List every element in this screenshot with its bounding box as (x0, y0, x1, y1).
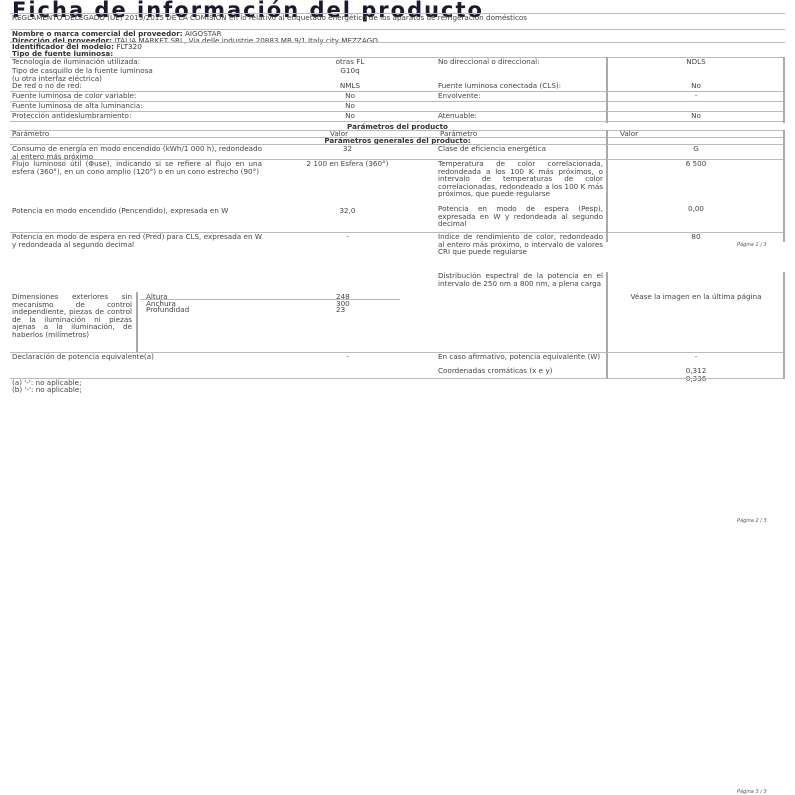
divider (10, 111, 785, 112)
light-source-label-right: Fuente luminosa conectada (CLS): (438, 82, 603, 90)
param-label: Consumo de energía en modo encendido (kW… (12, 145, 262, 160)
param-value-right: - (610, 353, 782, 361)
param-label: Declaración de potencia equivalente(a) (12, 353, 262, 361)
param-value: 2 100 en Esfera (360°) (300, 160, 395, 168)
light-source-label: Tipo de casquillo de la fuente luminosa … (12, 67, 262, 82)
param-value: - (300, 353, 395, 361)
column-divider (783, 272, 785, 379)
column-divider (783, 130, 785, 242)
dimension-value: 23 (336, 306, 345, 314)
light-source-value: No (300, 112, 400, 120)
divider (10, 101, 785, 102)
column-divider (606, 272, 608, 379)
param-value: - (300, 233, 395, 241)
light-source-label: Protección antideslumbramiento: (12, 112, 262, 120)
param-value: 32 (300, 145, 395, 153)
page-footer-2: Página 2 / 3 (737, 518, 767, 524)
light-source-value: G10q (300, 67, 400, 75)
supplier-address: ITALIA MARKET SRL, Via delle industrie 2… (114, 36, 378, 45)
light-source-value-right: - (610, 92, 782, 100)
light-source-value: No (300, 102, 400, 110)
light-source-label: De red o no de red: (12, 82, 262, 90)
footnote-b: (b) '-': no aplicable; (12, 386, 82, 394)
light-source-label: Fuente luminosa de color variable: (12, 92, 262, 100)
light-source-value: otras FL (300, 58, 400, 66)
param-value-right: 80 (610, 233, 782, 241)
divider (10, 91, 785, 92)
column-divider (606, 57, 608, 123)
param-label-right: Clase de eficiencia energética (438, 145, 603, 153)
divider (10, 159, 785, 160)
divider (10, 232, 785, 233)
param-label: Potencia en modo encendido (Pencendido),… (12, 207, 262, 215)
param-value-right: G (610, 145, 782, 153)
light-source-label-right: Envolvente: (438, 92, 603, 100)
light-source-value: NMLS (300, 82, 400, 90)
model-id: FLT320 (117, 42, 142, 51)
light-source-label: Tecnología de iluminación utilizada: (12, 58, 262, 66)
light-source-label-right: No direccional o direccional: (438, 58, 603, 66)
light-source-value-right: NDLS (610, 58, 782, 66)
param-label: Flujo luminoso útil (Φuse), indicando si… (12, 160, 262, 175)
param-label: Potencia en modo de espera en red (Pred)… (12, 233, 262, 248)
param-label-right: Distribución espectral de la potencia en… (438, 272, 603, 287)
param-value-right: 0,00 (610, 205, 782, 213)
param-label-right: En caso afirmativo, potencia equivalente… (438, 353, 603, 361)
divider (10, 352, 785, 353)
regulation-text: REGLAMENTO DELEGADO (UE) 2019/2015 DE LA… (12, 14, 782, 22)
param-value-right: 0,312 0,336 (610, 367, 782, 382)
param-label-right: Coordenadas cromáticas (x e y) (438, 367, 603, 375)
dimension-name: Profundidad (146, 306, 189, 314)
light-source-label: Fuente luminosa de alta luminancia: (12, 102, 262, 110)
light-source-value-right: No (610, 112, 782, 120)
param-label: Dimensiones exteriores sin mecanismo de … (12, 293, 132, 339)
column-divider (606, 130, 608, 242)
divider (10, 378, 785, 379)
column-divider (783, 57, 785, 123)
param-label-right: Índice de rendimiento de color, redondea… (438, 233, 603, 256)
column-divider (136, 292, 138, 352)
param-value: 32,0 (300, 207, 395, 215)
light-source-value: No (300, 92, 400, 100)
param-value-right: Véase la imagen en la última página (610, 293, 782, 301)
light-source-label-right: Atenuable: (438, 112, 603, 120)
light-source-value-right: No (610, 82, 782, 90)
param-label-right: Potencia en modo de espera (Pesp), expre… (438, 205, 603, 228)
divider (140, 299, 400, 300)
page-footer-3: Página 3 / 3 (737, 789, 767, 795)
param-value-right: 6 500 (610, 160, 782, 168)
divider (10, 130, 785, 131)
param-label-right: Temperatura de color correlacionada, red… (438, 160, 603, 198)
page-footer-1: Página 1 / 3 (737, 242, 767, 248)
